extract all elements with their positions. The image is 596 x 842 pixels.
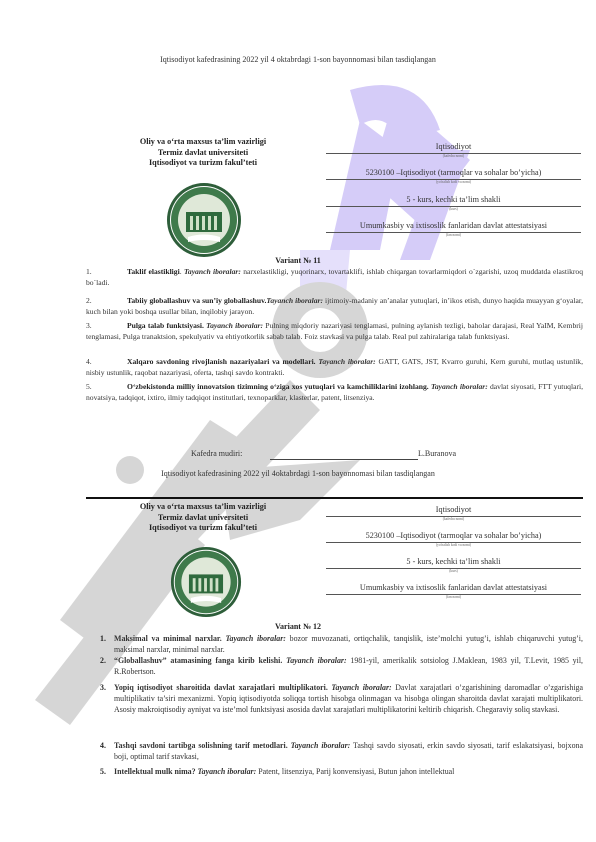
approval-note: Iqtisodiyot kafedrasining 2022 yil 4 okt… xyxy=(0,55,596,64)
subject-field: Umumkasbiy va ixtisoslik fanlaridan davl… xyxy=(326,221,581,238)
course-field: 5 - kurs, kechki ta’lim shakli (kurs) xyxy=(326,557,581,574)
signature-name: L.Buranova xyxy=(418,449,456,458)
question-item: 5.O‘zbekistonda milliy innovatsion tizim… xyxy=(86,382,583,403)
variant-title: Variant № 11 xyxy=(0,256,596,265)
university-seal-icon xyxy=(166,182,242,258)
watermark-logo xyxy=(0,0,596,842)
question-item: 1.Maksimal va minimal narxlar. Tayanch i… xyxy=(100,634,583,656)
signature-label: Kafedra mudiri: xyxy=(191,449,242,458)
faculty-name: Iqtisodiyot va turizm fakul’teti xyxy=(108,158,298,169)
question-item: 3.Pulga talab funktsiyasi. Tayanch ibora… xyxy=(86,321,583,342)
section-divider xyxy=(86,497,583,499)
university-name: Termiz davlat universiteti xyxy=(108,513,298,524)
program-field: 5230100 –Iqtisodiyot (tarmoqlar va sohal… xyxy=(326,531,581,548)
university-name: Termiz davlat universiteti xyxy=(108,148,298,159)
institution-header: Oliy va o‘rta maxsus ta’lim vazirligi Te… xyxy=(108,137,298,169)
faculty-name: Iqtisodiyot va turizm fakul’teti xyxy=(108,523,298,534)
ministry-name: Oliy va o‘rta maxsus ta’lim vazirligi xyxy=(108,502,298,513)
question-item: 3.Yopiq iqtisodiyot sharoitida davlat xa… xyxy=(100,683,583,715)
question-item: 2.“Globallashuv” atamasining fanga kirib… xyxy=(100,656,583,678)
question-item: 5.Intellektual mulk nima? Tayanch iboral… xyxy=(100,767,583,778)
course-field: 5 - kurs, kechki ta’lim shakli (kurs) xyxy=(326,195,581,212)
university-seal-icon xyxy=(168,546,244,618)
question-item: 2.Tabiiy globallashuv va sun’iy globalla… xyxy=(86,296,583,317)
program-field: 5230100 –Iqtisodiyot (tarmoqlar va sohal… xyxy=(326,168,581,185)
signature-line xyxy=(270,459,418,460)
question-item: 1.Taklif elastikligi. Tayanch iboralar: … xyxy=(86,267,583,288)
institution-header: Oliy va o‘rta maxsus ta’lim vazirligi Te… xyxy=(108,502,298,534)
department-field: Iqtisodiyot (kafedra nomi) xyxy=(326,142,581,159)
question-item: 4.Xalqaro savdoning rivojlanish nazariya… xyxy=(86,357,583,378)
department-field: Iqtisodiyot (kafedra nomi) xyxy=(326,505,581,522)
variant-title: Variant № 12 xyxy=(0,622,596,631)
subject-field: Umumkasbiy va ixtisoslik fanlaridan davl… xyxy=(326,583,581,600)
question-item: 4.Tashqi savdoni tartibga solishning tar… xyxy=(100,741,583,763)
ministry-name: Oliy va o‘rta maxsus ta’lim vazirligi xyxy=(108,137,298,148)
approval-note: Iqtisodiyot kafedrasining 2022 yil 4okta… xyxy=(0,469,596,478)
